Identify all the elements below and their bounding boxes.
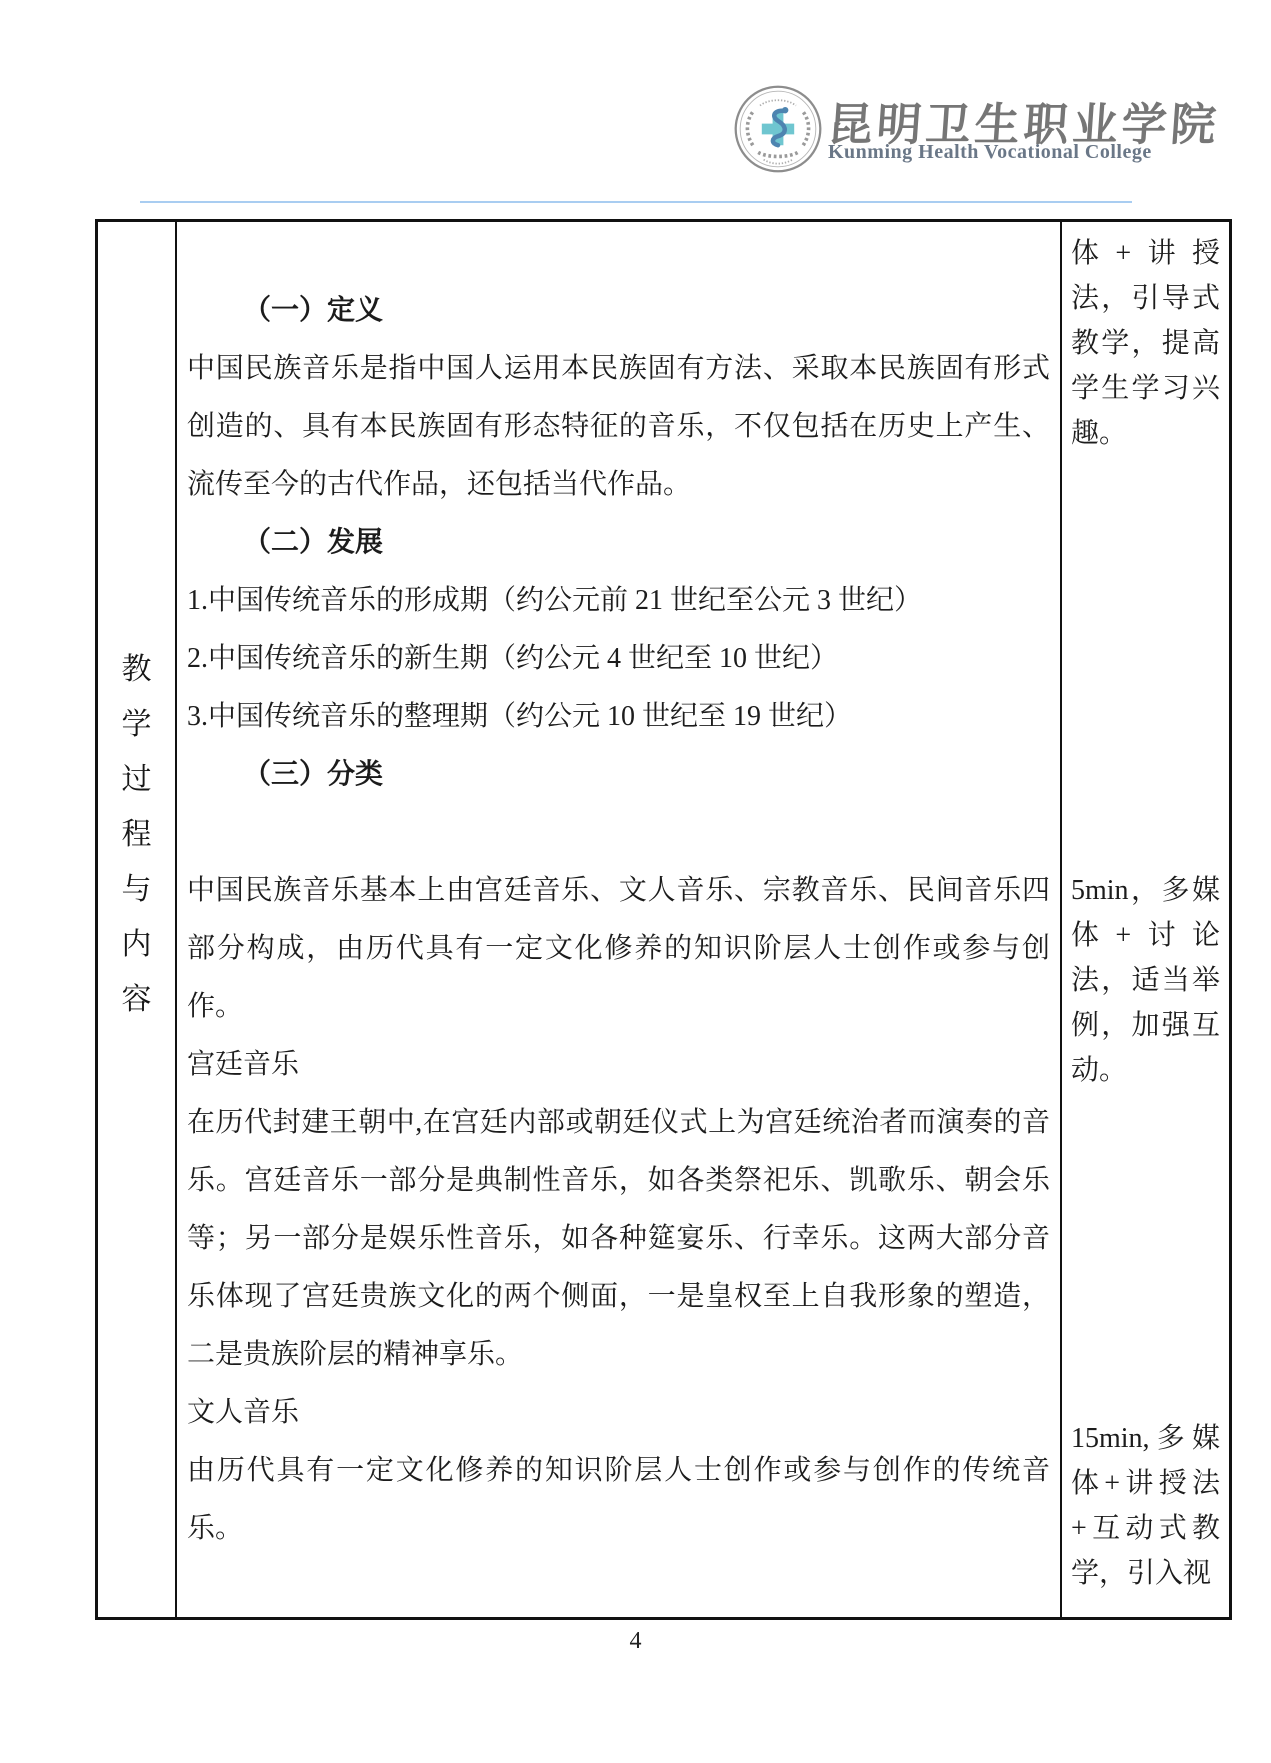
- content-paragraph: 中国民族音乐是指中国人运用本民族固有方法、采取本民族固有形式创造的、具有本民族固…: [187, 340, 1050, 514]
- page-header: 昆明卫生职业学院 Kunming Health Vocational Colle…: [0, 0, 1271, 205]
- method-note: 体+讲授法，引导式教学，提高学生学习兴趣。: [1062, 231, 1229, 456]
- lesson-plan-table: 教学过程与内容 （一）定义 中国民族音乐是指中国人运用本民族固有方法、采取本民族…: [95, 219, 1232, 1620]
- content-paragraph: 1.中国传统音乐的形成期（约公元前 21 世纪至公元 3 世纪）: [187, 572, 1050, 630]
- content-paragraph: 由历代具有一定文化修养的知识阶层人士创作或参与创作的传统音乐。: [187, 1442, 1050, 1558]
- content-paragraph: 中国民族音乐基本上由宫廷音乐、文人音乐、宗教音乐、民间音乐四部分构成，由历代具有…: [187, 862, 1050, 1036]
- college-name-english: Kunming Health Vocational College: [828, 141, 1152, 164]
- college-seal-icon: [733, 84, 823, 174]
- method-note: 15min,多媒体+讲授法+互动式教学，引入视: [1062, 1416, 1229, 1596]
- content-paragraph: 宫廷音乐: [187, 1036, 1050, 1094]
- page-number: 4: [0, 1628, 1271, 1655]
- table-cell-teaching-methods: 体+讲授法，引导式教学，提高学生学习兴趣。 5min，多媒体+讨论法，适当举例，…: [1060, 222, 1229, 1617]
- content-paragraph: 文人音乐: [187, 1384, 1050, 1442]
- header-divider-line: [140, 201, 1132, 203]
- section-heading: （一）定义: [187, 282, 1050, 340]
- content-paragraph: 在历代封建王朝中,在宫廷内部或朝廷仪式上为宫廷统治者而演奏的音乐。宫廷音乐一部分…: [187, 1094, 1050, 1384]
- section-heading: （二）发展: [187, 514, 1050, 572]
- section-heading: （三）分类: [187, 746, 1050, 804]
- table-cell-row-label: 教学过程与内容: [98, 222, 177, 1617]
- content-paragraph: 3.中国传统音乐的整理期（约公元 10 世纪至 19 世纪）: [187, 688, 1050, 746]
- method-note: 5min，多媒体+讨论法，适当举例，加强互动。: [1062, 868, 1229, 1093]
- row-label-teaching-process: 教学过程与内容: [120, 642, 154, 1027]
- content-paragraph: 2.中国传统音乐的新生期（约公元 4 世纪至 10 世纪）: [187, 630, 1050, 688]
- table-cell-teaching-content: （一）定义 中国民族音乐是指中国人运用本民族固有方法、采取本民族固有形式创造的、…: [177, 222, 1060, 1617]
